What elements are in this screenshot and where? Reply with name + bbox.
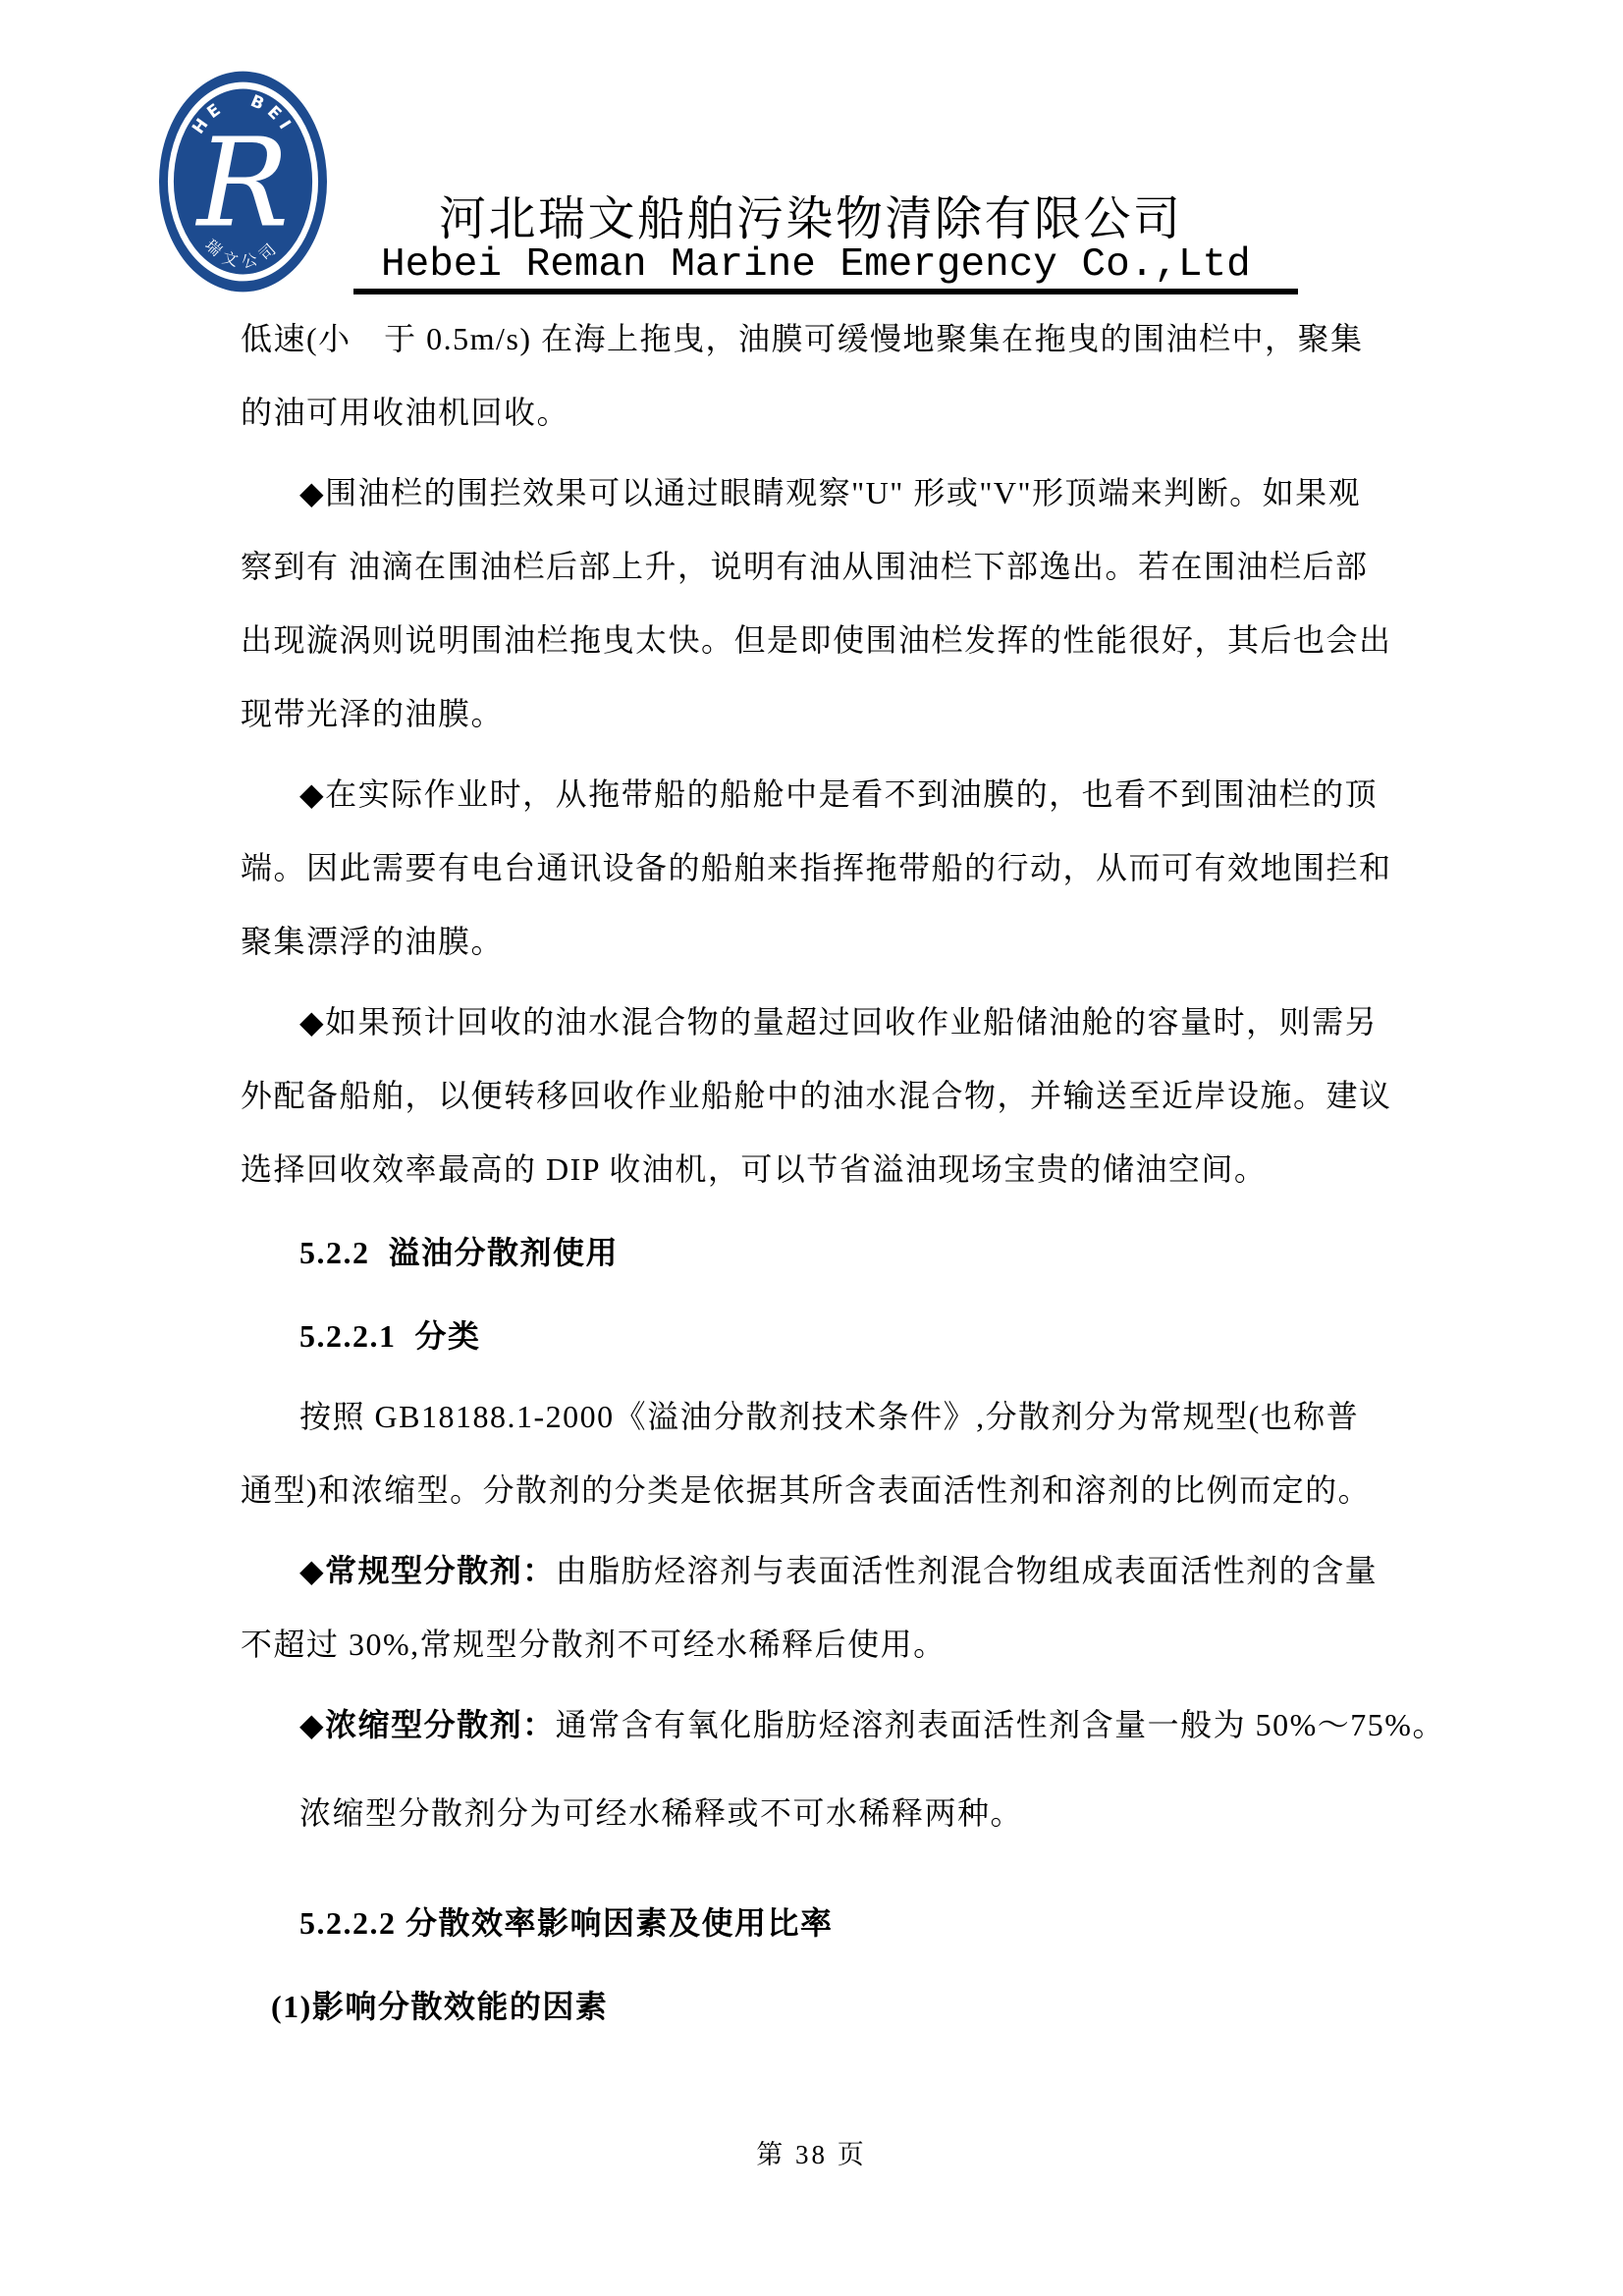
text-line: (1)影响分散效能的因素	[241, 1970, 1404, 2044]
paragraph: 低速(小 于 0.5m/s) 在海上拖曳，油膜可缓慢地聚集在拖曳的围油栏中，聚集…	[241, 302, 1404, 450]
text-line: 察到有 油滴在围油栏后部上升，说明有油从围油栏下部逸出。若在围油栏后部	[241, 530, 1404, 604]
text-line: 通型)和浓缩型。分散剂的分类是依据其所含表面活性剂和溶剂的比例而定的。	[241, 1454, 1404, 1527]
bold-term: ◆浓缩型分散剂：	[299, 1707, 556, 1742]
paragraph: ◆浓缩型分散剂：通常含有氧化脂肪烃溶剂表面活性剂含量一般为 50%～75%。	[241, 1688, 1404, 1762]
text-line: 不超过 30%,常规型分散剂不可经水稀释后使用。	[241, 1608, 1404, 1682]
text-line: 端。因此需要有电台通讯设备的船舶来指挥拖带船的行动，从而可有效地围拦和	[241, 831, 1404, 905]
text-line: 5.2.2.1 分类	[241, 1300, 1404, 1373]
company-seal-icon: HE BEI R 瑞文公司	[157, 69, 329, 294]
section-heading: 5.2.2.2 分散效率影响因素及使用比率	[241, 1887, 1404, 1960]
text-line: ◆围油栏的围拦效果可以通过眼睛观察"U" 形或"V"形顶端来判断。如果观	[241, 456, 1404, 530]
document-body: 低速(小 于 0.5m/s) 在海上拖曳，油膜可缓慢地聚集在拖曳的围油栏中，聚集…	[241, 302, 1404, 2044]
text-line: 的油可用收油机回收。	[241, 376, 1404, 450]
text-line: ◆浓缩型分散剂：通常含有氧化脂肪烃溶剂表面活性剂含量一般为 50%～75%。	[241, 1688, 1404, 1762]
document-page: HE BEI R 瑞文公司 河北瑞文船舶污染物清除有限公司 Hebei Rema…	[0, 0, 1623, 2296]
section-heading: (1)影响分散效能的因素	[241, 1970, 1404, 2044]
page-footer: 第 38 页	[0, 2133, 1623, 2171]
section-heading: 5.2.2.1 分类	[241, 1300, 1404, 1373]
text-line: 现带光泽的油膜。	[241, 677, 1404, 751]
paragraph: ◆如果预计回收的油水混合物的量超过回收作业船储油舱的容量时，则需另外配备船舶，以…	[241, 986, 1404, 1206]
text-line: 低速(小 于 0.5m/s) 在海上拖曳，油膜可缓慢地聚集在拖曳的围油栏中，聚集	[241, 302, 1404, 376]
paragraph: ◆常规型分散剂：由脂肪烃溶剂与表面活性剂混合物组成表面活性剂的含量不超过 30%…	[241, 1534, 1404, 1682]
logo-monogram: R	[195, 114, 290, 255]
text-line: 外配备船舶，以便转移回收作业船舱中的油水混合物，并输送至近岸设施。建议	[241, 1059, 1404, 1133]
company-name-cn: 河北瑞文船舶污染物清除有限公司	[439, 181, 1183, 248]
page-number: 第 38 页	[756, 2140, 867, 2169]
text-line: 按照 GB18188.1-2000《溢油分散剂技术条件》,分散剂分为常规型(也称…	[241, 1380, 1404, 1454]
text-line: 出现漩涡则说明围油栏拖曳太快。但是即使围油栏发挥的性能很好，其后也会出	[241, 604, 1404, 677]
header-underline	[353, 289, 1298, 294]
paragraph: ◆围油栏的围拦效果可以通过眼睛观察"U" 形或"V"形顶端来判断。如果观察到有 …	[241, 456, 1404, 751]
text-line: 浓缩型分散剂分为可经水稀释或不可水稀释两种。	[241, 1777, 1404, 1850]
text-line: 选择回收效率最高的 DIP 收油机，可以节省溢油现场宝贵的储油空间。	[241, 1133, 1404, 1206]
section-heading: 5.2.2 溢油分散剂使用	[241, 1216, 1404, 1290]
text-line: 5.2.2 溢油分散剂使用	[241, 1216, 1404, 1290]
bold-term: ◆常规型分散剂：	[299, 1553, 556, 1588]
paragraph: 浓缩型分散剂分为可经水稀释或不可水稀释两种。	[241, 1777, 1404, 1850]
paragraph: ◆在实际作业时，从拖带船的船舱中是看不到油膜的，也看不到围油栏的顶端。因此需要有…	[241, 758, 1404, 979]
text-line: ◆常规型分散剂：由脂肪烃溶剂与表面活性剂混合物组成表面活性剂的含量	[241, 1534, 1404, 1608]
text-line: ◆如果预计回收的油水混合物的量超过回收作业船储油舱的容量时，则需另	[241, 986, 1404, 1059]
text-line: 5.2.2.2 分散效率影响因素及使用比率	[241, 1887, 1404, 1960]
text-line: ◆在实际作业时，从拖带船的船舱中是看不到油膜的，也看不到围油栏的顶	[241, 758, 1404, 831]
text-line: 聚集漂浮的油膜。	[241, 905, 1404, 979]
company-name-en: Hebei Reman Marine Emergency Co.,Ltd	[381, 242, 1251, 288]
paragraph: 按照 GB18188.1-2000《溢油分散剂技术条件》,分散剂分为常规型(也称…	[241, 1380, 1404, 1527]
company-logo: HE BEI R 瑞文公司	[157, 69, 329, 294]
